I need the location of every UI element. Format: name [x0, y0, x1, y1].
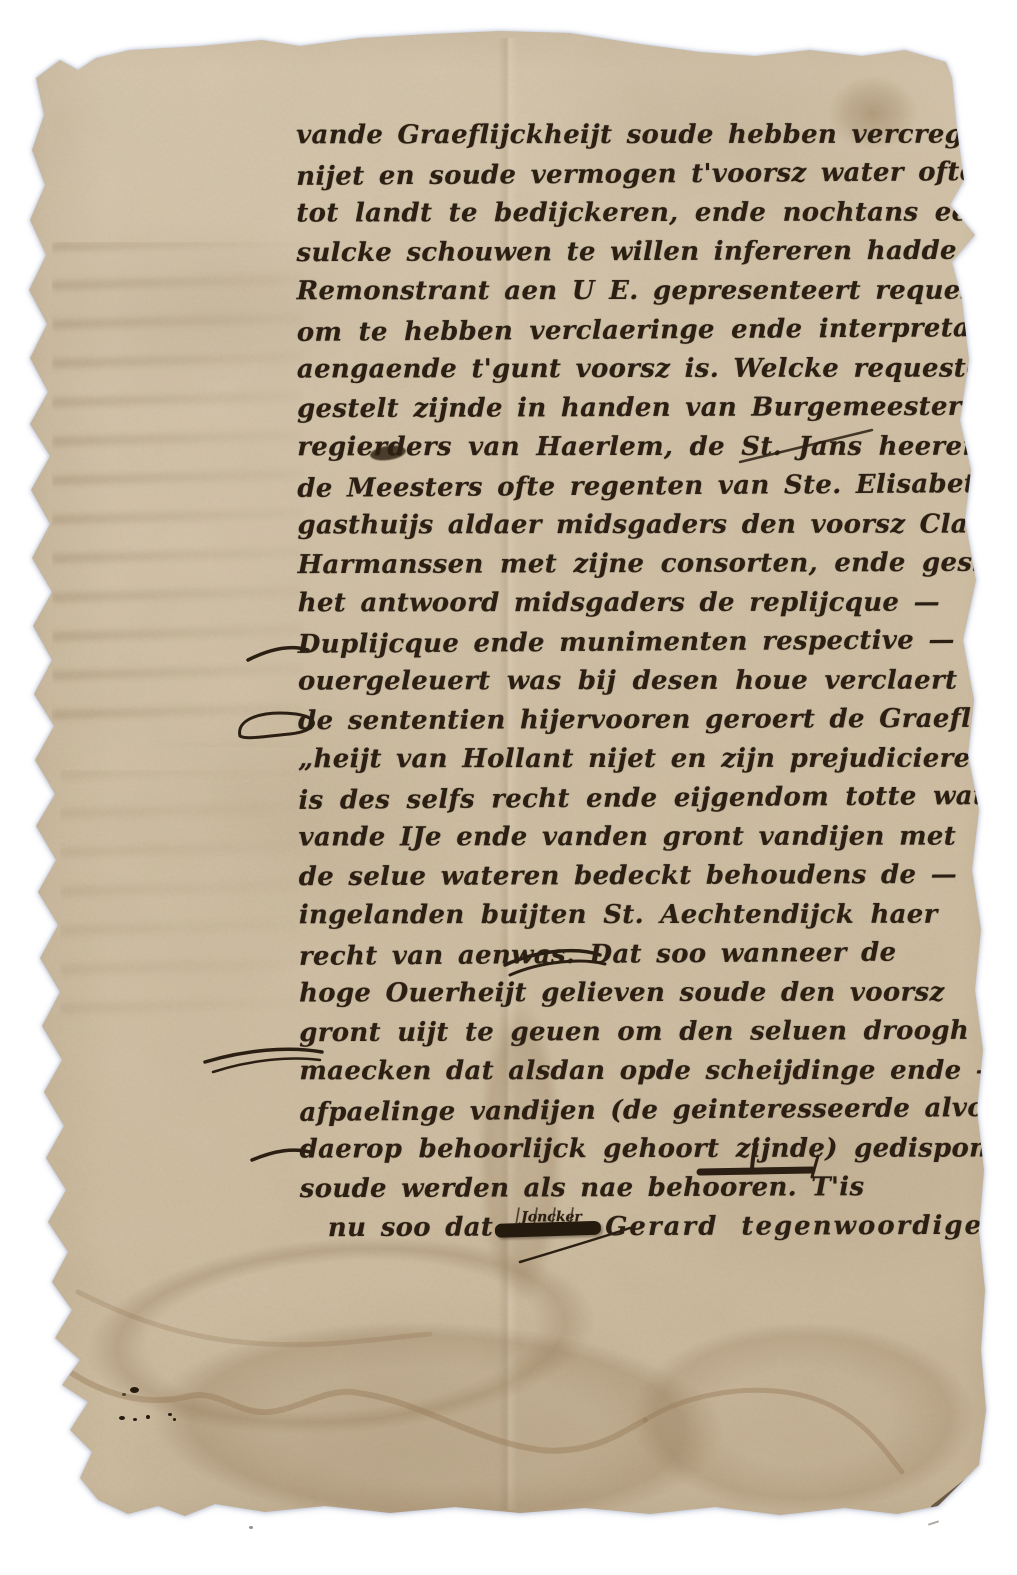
manuscript-page: vande Graeflijckheijt soude hebben vercr… [0, 0, 1017, 1575]
stray-mark [249, 1526, 253, 1529]
paper-sheet: vande Graeflijckheijt soude hebben vercr… [0, 0, 1017, 1575]
paper-mottle-texture [0, 0, 1017, 1575]
photo-background: vande Graeflijckheijt soude hebben vercr… [0, 0, 1017, 1575]
